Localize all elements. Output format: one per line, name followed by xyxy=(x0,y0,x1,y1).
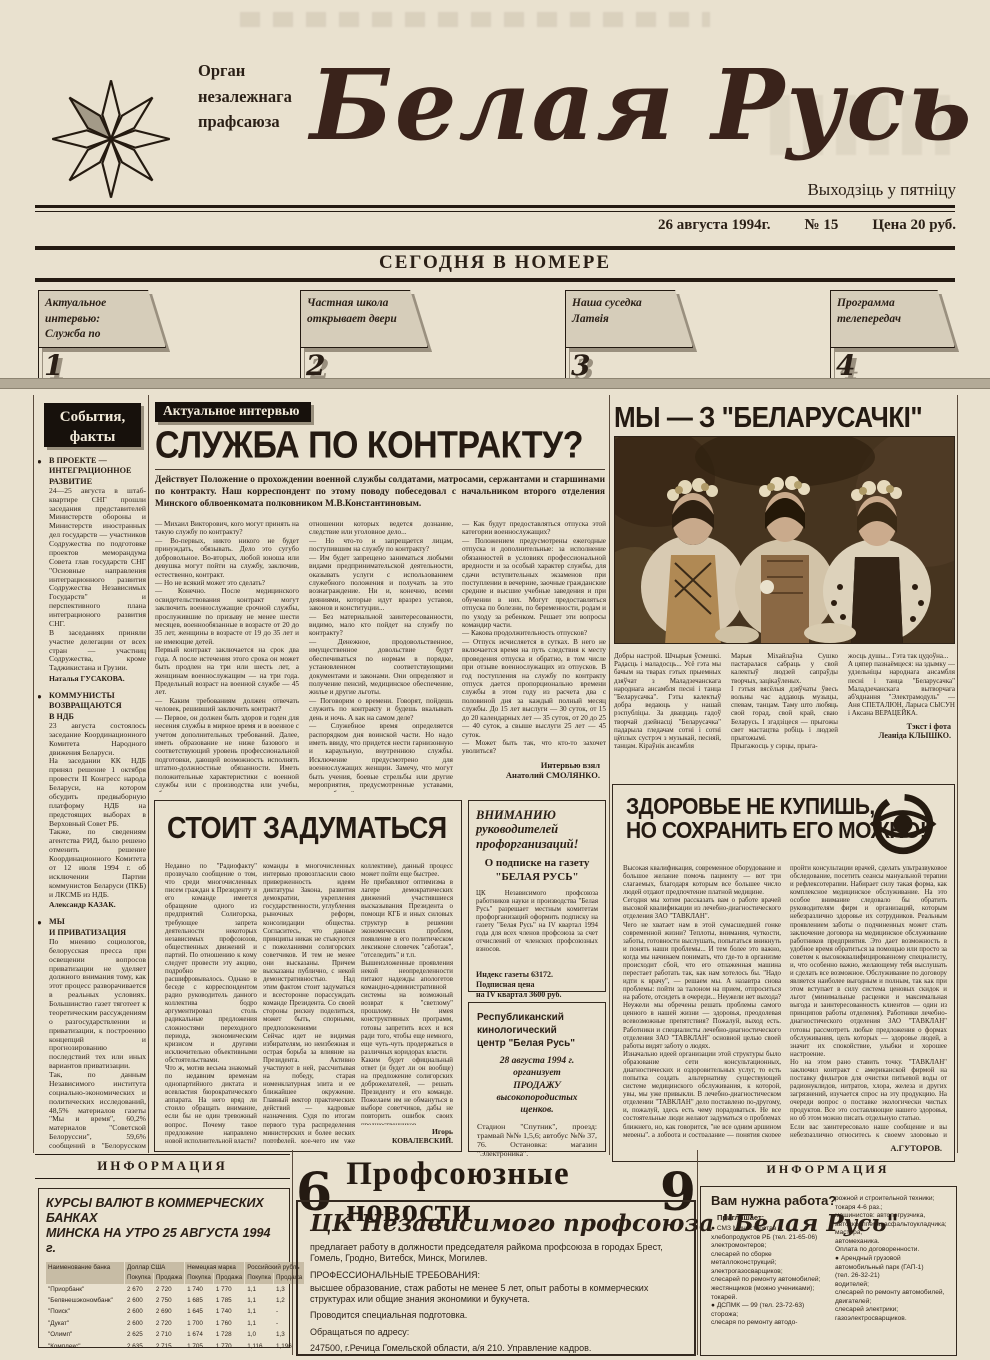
event-item: ● В ПРОЕКТЕ — ИНТЕГРАЦИОННОЕ РАЗВИТИЕ 24… xyxy=(38,456,146,683)
attention-box: ВНИМАНИЮ руководителей профорганизаций! … xyxy=(468,800,606,992)
column-rule xyxy=(957,395,958,1153)
health-headline-1: ЗДОРОВЬЕ НЕ КУПИШЬ, xyxy=(626,794,875,821)
think-col-1: Недавно по "Радиофакту" прозвучало сообщ… xyxy=(165,863,257,1143)
kennel-announce: 28 августа 1994 г. организует ПРОДАЖУ вы… xyxy=(477,1055,597,1117)
info-left-title: ИНФОРМАЦИЯ xyxy=(35,1158,290,1174)
attention-subhead: О подписке на газету "БЕЛАЯ РУСЬ" xyxy=(476,857,598,885)
info-left-rule-bottom xyxy=(35,1178,290,1179)
today-rule-top xyxy=(35,246,955,250)
interview-lead: Действует Положение о прохождении военно… xyxy=(155,469,605,518)
rate-cell: 2 720 xyxy=(154,1284,184,1295)
event-byline: Александр КАЗАК. xyxy=(49,900,146,909)
issue-price: Цена 20 руб. xyxy=(872,217,956,234)
health-article: ЗДОРОВЬЕ НЕ КУПИШЬ, НО СОХРАНИТЬ ЕГО МОЖ… xyxy=(612,784,955,1162)
health-col-1: Высокая квалификация, современное оборуд… xyxy=(623,865,781,1137)
kennel-box: Республиканский кинологический центр "Бе… xyxy=(468,1002,606,1152)
rate-cell: 2 670 xyxy=(125,1284,153,1295)
think-col-2: команды в многочисленных интервью провоз… xyxy=(263,863,355,1143)
rate-cell: 1 674 xyxy=(185,1330,213,1341)
think-headline-wrap: СТОИТ ЗАДУМАТЬСЯ xyxy=(167,811,447,842)
attention-index: Индекс газеты 63172. xyxy=(476,970,598,980)
event-head: В ПРОЕКТЕ — ИНТЕГРАЦИОННОЕ РАЗВИТИЕ xyxy=(49,456,146,487)
rate-cell: 1,1 xyxy=(245,1318,273,1329)
today-item-label: Актуальное интервью: Служба по контракту xyxy=(38,290,166,348)
today-title: СЕГОДНЯ В НОМЕРЕ xyxy=(35,252,955,274)
rate-cell: 1 685 xyxy=(185,1295,213,1306)
rate-bank: "Дукат" xyxy=(46,1318,124,1329)
union-ad-line: Обращаться по адресу: xyxy=(310,1327,682,1338)
interview-headline: СЛУЖБА ПО КОНТРАКТУ? xyxy=(155,424,583,468)
info-left-rule-top xyxy=(35,1154,290,1155)
rates-col-usd: Доллар США xyxy=(125,1262,184,1273)
events-title: События, факты xyxy=(44,403,141,447)
logo-star-icon xyxy=(42,70,180,208)
interview-headline-wrap: СЛУЖБА ПО КОНТРАКТУ? xyxy=(155,424,607,466)
union-ad-title: ЦК Независимого профсоюза "Белая Русь" xyxy=(310,1210,682,1237)
column-rule xyxy=(292,1150,293,1355)
belarusachki-byline: Тэкст і фота Леаніда КЛЫШКО. xyxy=(848,722,955,740)
event-body: По мнению социологов, белорусская пресса… xyxy=(49,938,146,1150)
rate-cell: 1,1 xyxy=(245,1307,273,1318)
belarusachki-headline: МЫ — З "БЕЛАРУСАЧКІ" xyxy=(614,400,922,435)
union-ad-line: предлагает работу в должности председате… xyxy=(310,1242,682,1265)
rate-cell: 2 600 xyxy=(125,1307,153,1318)
kennel-name: Республиканский кинологический центр "Бе… xyxy=(477,1011,597,1050)
interview-col-1: — Михаил Викторович, кого могут принять … xyxy=(155,520,299,792)
rate-cell: 2 635 xyxy=(125,1341,153,1352)
union-ad-box: ЦК Независимого профсоюза "Белая Русь" п… xyxy=(296,1200,696,1356)
rate-cell: 1 785 xyxy=(214,1295,244,1306)
rates-table: Наименование банка Доллар США Немецкая м… xyxy=(46,1262,282,1352)
attention-head: ВНИМАНИЮ руководителей профорганизаций! xyxy=(476,808,598,851)
section-separator xyxy=(0,378,990,389)
event-body: 23 августа состоялось заседание Координа… xyxy=(49,722,146,900)
rate-cell: 2 715 xyxy=(154,1341,184,1352)
rate-bank: "Белвнешэкономбанк" xyxy=(46,1295,124,1306)
belarusachki-caption-2: Марыя Міхайлаўна Сушко пастаралася сабра… xyxy=(731,652,838,774)
attention-price: Подписная цена на IV квартал 3600 руб. xyxy=(476,980,598,1001)
rate-bank: "Приорбанк" xyxy=(46,1284,124,1295)
interview-kicker: Актуальное интервью xyxy=(155,402,311,422)
rates-sub-buy: Покупка xyxy=(185,1273,213,1284)
health-byline: А.ГУТОРОВ. xyxy=(832,1143,942,1153)
rates-sub-buy: Покупка xyxy=(245,1273,273,1284)
union-ad-line: высшее образование, стаж работы не менее… xyxy=(310,1283,682,1306)
rates-sub-buy: Покупка xyxy=(125,1273,153,1284)
belarusachki-caption-3-wrap: жосць душы... Гэта так цудоўна... А цяпе… xyxy=(848,652,955,774)
interview-col-3: — Как будут предоставляться отпуска этой… xyxy=(462,520,606,756)
rate-bank: "Поиск" xyxy=(46,1307,124,1318)
rates-box: КУРСЫ ВАЛЮТ В КОММЕРЧЕСКИХ БАНКАХ МИНСКА… xyxy=(38,1188,290,1348)
rate-cell: 1 728 xyxy=(214,1330,244,1341)
today-item-label: Программа телепередач xyxy=(830,290,955,348)
newspaper-page: Орган незалежнага прафсаюза Белая Русь В… xyxy=(0,0,990,1360)
jobs-head: Вам нужна работа? xyxy=(711,1193,836,1208)
rate-cell: 1 770 xyxy=(214,1284,244,1295)
rate-cell: 2 710 xyxy=(154,1330,184,1341)
bullet-icon: ● xyxy=(38,918,42,927)
rate-cell: 1 740 xyxy=(185,1284,213,1295)
event-head: КОММУНИСТЫ ВОЗВРАЩАЮТСЯ В НДБ xyxy=(49,691,146,722)
events-column: ● В ПРОЕКТЕ — ИНТЕГРАЦИОННОЕ РАЗВИТИЕ 24… xyxy=(38,456,146,1150)
rate-cell: 2 625 xyxy=(125,1330,153,1341)
belarusachki-caption-1: Добры настрой. Шчырыя ўсмешкі. Радасць і… xyxy=(614,652,721,774)
rates-sub-sell: Продажа xyxy=(214,1273,244,1284)
dateline: 26 августа 1994г. № 15 Цена 20 руб. xyxy=(520,217,956,234)
rate-cell: 1 705 xyxy=(185,1341,213,1352)
rates-title: КУРСЫ ВАЛЮТ В КОММЕРЧЕСКИХ БАНКАХ МИНСКА… xyxy=(46,1196,282,1256)
rate-cell: 1 740 xyxy=(214,1307,244,1318)
attention-body: ЦК Независимого профсоюза работников нау… xyxy=(476,890,598,966)
rate-cell: 1 760 xyxy=(214,1318,244,1329)
today-item: Программа телепередач 4 xyxy=(830,290,955,384)
rate-cell: 1,116 xyxy=(245,1341,273,1352)
bleed-artifact xyxy=(240,12,710,27)
think-byline: Игорь КОВАЛЕВСКИЙ. xyxy=(361,1127,453,1145)
rate-cell: 1,1 xyxy=(245,1295,273,1306)
rate-cell: 2 690 xyxy=(154,1307,184,1318)
rates-sub-sell: Продажа xyxy=(154,1273,184,1284)
today-item-label: Наша суседка Латвія xyxy=(565,290,693,348)
belarusachki-headline-wrap: МЫ — З "БЕЛАРУСАЧКІ" xyxy=(614,400,922,431)
interview-byline: Интервью взял Анатолий СМОЛЯНКО. xyxy=(462,760,606,780)
jobs-col-1: ● СМЗ Министерства хлебопродуктов РБ (те… xyxy=(711,1225,827,1351)
bullet-icon: ● xyxy=(38,457,42,466)
event-item: ● КОММУНИСТЫ ВОЗВРАЩАЮТСЯ В НДБ 23 авгус… xyxy=(38,691,146,909)
union-ad-line: ПРОФЕССИОНАЛЬНЫЕ ТРЕБОВАНИЯ: xyxy=(310,1270,682,1281)
think-article: СТОИТ ЗАДУМАТЬСЯ Недавно по "Радиофакту"… xyxy=(154,800,462,1152)
event-byline: Наталья ГУСАКОВА. xyxy=(49,674,146,683)
rate-cell: 1 700 xyxy=(185,1318,213,1329)
paper-title-text: Белая Русь xyxy=(310,48,973,162)
rate-cell: 2 600 xyxy=(125,1295,153,1306)
today-item: Частная школа открывает двери 2 xyxy=(300,290,428,384)
paper-subtitle: Выходзіць у пятніцу xyxy=(700,180,956,200)
jobs-col-2: рожной и строительной техники; токаря 4-… xyxy=(835,1195,951,1351)
belarusachki-caption-3: жосць душы... Гэта так цудоўна... А цяпе… xyxy=(848,652,955,718)
interview-kicker-wrap: Актуальное интервью xyxy=(155,402,311,422)
think-headline: СТОИТ ЗАДУМАТЬСЯ xyxy=(167,811,447,846)
rate-cell: 2 720 xyxy=(154,1318,184,1329)
rate-bank: "Олимп" xyxy=(46,1330,124,1341)
event-head: МЫ И ПРИВАТИЗАЦИЯ xyxy=(49,917,146,938)
issue-date: 26 августа 1994г. xyxy=(658,217,771,234)
eye-icon xyxy=(860,789,946,859)
rate-cell: 1 770 xyxy=(214,1341,244,1352)
union-ad-line: Проводится специальная подготовка. xyxy=(310,1310,682,1321)
belarusachki-photo xyxy=(614,436,955,644)
rate-cell: 1,1 xyxy=(245,1284,273,1295)
rate-cell: 1,0 xyxy=(245,1330,273,1341)
column-rule xyxy=(33,395,34,1153)
jobs-box: Вам нужна работа? Приглашает: ● СМЗ Мини… xyxy=(700,1186,957,1356)
jobs-invite: Приглашает: xyxy=(717,1213,764,1222)
think-col-3: коллективе), данный процесс может пойти … xyxy=(361,863,453,1125)
rates-col-bank: Наименование банка xyxy=(46,1262,124,1284)
issue-number: № 15 xyxy=(805,217,839,234)
paper-title: Белая Русь xyxy=(310,48,960,198)
column-rule xyxy=(609,395,610,1155)
header-rule-thin xyxy=(35,211,955,212)
today-item-label: Частная школа открывает двери xyxy=(300,290,428,348)
info-right-title: ИНФОРМАЦИЯ xyxy=(700,1162,956,1177)
today-item: Актуальное интервью: Служба по контракту… xyxy=(38,290,166,384)
rates-col-dem: Немецкая марка xyxy=(185,1262,244,1273)
rate-cell: 2 600 xyxy=(125,1318,153,1329)
rate-cell: 1 645 xyxy=(185,1307,213,1318)
header-rule-thick xyxy=(35,205,955,208)
today-rule-bottom xyxy=(35,278,955,282)
column-rule xyxy=(697,1150,698,1355)
column-rule xyxy=(148,395,149,1153)
bullet-icon: ● xyxy=(38,692,42,701)
union-ad-line: 247500, г.Речица Гомельской области, а/я… xyxy=(310,1343,682,1354)
event-body: 24—25 августа в штаб-квартире СНГ прошли… xyxy=(49,487,146,673)
rate-cell: 2 750 xyxy=(154,1295,184,1306)
health-col-2: пройти консультации врачей, сделать ульт… xyxy=(790,865,947,1137)
rate-bank: "Комплекс" xyxy=(46,1341,124,1352)
event-item: ● МЫ И ПРИВАТИЗАЦИЯ По мнению социологов… xyxy=(38,917,146,1150)
interview-col-2: отношении которых ведется дознание, след… xyxy=(309,520,453,792)
today-item: Наша суседка Латвія 3 xyxy=(565,290,693,384)
